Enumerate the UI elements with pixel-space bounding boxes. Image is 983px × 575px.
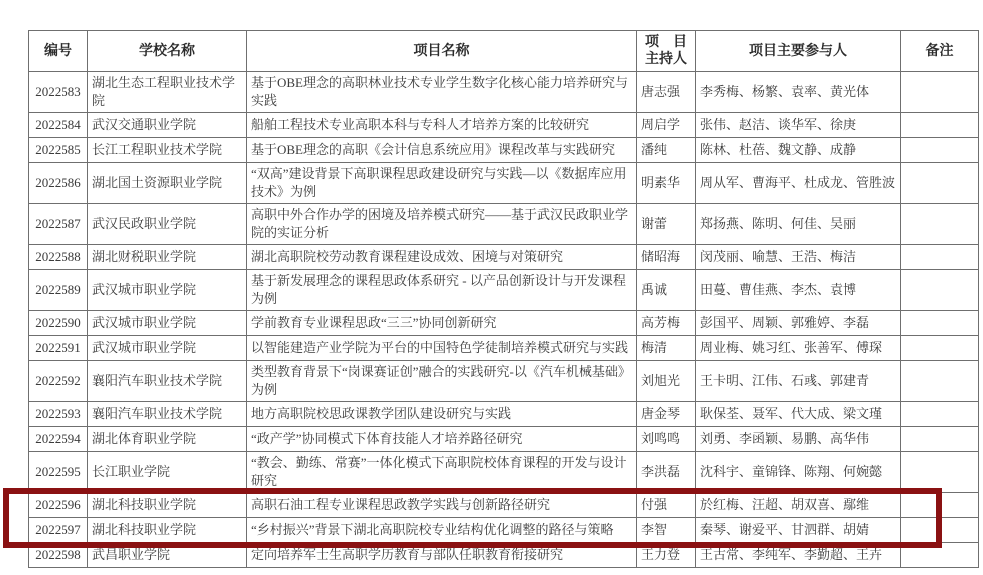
cell-school: 湖北体育职业学院 <box>88 427 247 452</box>
cell-project: “教会、勤练、常赛”一体化模式下高职院校体育课程的开发与设计研究 <box>247 452 637 493</box>
cell-leader: 谢蕾 <box>637 204 696 245</box>
cell-id: 2022589 <box>29 270 88 311</box>
cell-school: 武昌职业学院 <box>88 543 247 568</box>
col-header-leader: 项 目 主持人 <box>637 31 696 72</box>
table-row: 2022596湖北科技职业学院高职石油工程专业课程思政教学实践与创新路径研究付强… <box>29 493 979 518</box>
cell-id: 2022593 <box>29 402 88 427</box>
cell-participants: 闵茂丽、喻慧、王浩、梅洁 <box>696 245 901 270</box>
cell-school: 武汉民政职业学院 <box>88 204 247 245</box>
cell-project: 基于新发展理念的课程思政体系研究 - 以产品创新设计与开发课程为例 <box>247 270 637 311</box>
table-row: 2022593襄阳汽车职业技术学院地方高职院校思政课教学团队建设研究与实践唐金琴… <box>29 402 979 427</box>
cell-project: 高职石油工程专业课程思政教学实践与创新路径研究 <box>247 493 637 518</box>
cell-remark <box>901 336 979 361</box>
cell-leader: 唐志强 <box>637 72 696 113</box>
projects-table: 编号 学校名称 项目名称 项 目 主持人 项目主要参与人 备注 2022583湖… <box>28 30 979 568</box>
cell-project: “政产学”协同模式下体育技能人才培养路径研究 <box>247 427 637 452</box>
cell-participants: 沈科宇、童锦锋、陈翔、何婉懿 <box>696 452 901 493</box>
cell-leader: 李智 <box>637 518 696 543</box>
cell-participants: 郑扬燕、陈明、何佳、吴丽 <box>696 204 901 245</box>
cell-school: 湖北生态工程职业技术学院 <box>88 72 247 113</box>
table-row: 2022586湖北国土资源职业学院“双高”建设背景下高职课程思政建设研究与实践—… <box>29 163 979 204</box>
cell-leader: 李洪磊 <box>637 452 696 493</box>
cell-project: 类型教育背景下“岗课赛证创”融合的实践研究-以《汽车机械基础》为例 <box>247 361 637 402</box>
cell-remark <box>901 245 979 270</box>
cell-school: 襄阳汽车职业技术学院 <box>88 361 247 402</box>
cell-school: 襄阳汽车职业技术学院 <box>88 402 247 427</box>
cell-project: 学前教育专业课程思政“三三”协同创新研究 <box>247 311 637 336</box>
cell-participants: 张伟、赵洁、谈华军、徐庚 <box>696 113 901 138</box>
cell-participants: 於红梅、汪超、胡双喜、鄢维 <box>696 493 901 518</box>
cell-school: 湖北国土资源职业学院 <box>88 163 247 204</box>
table-row: 2022584武汉交通职业学院船舶工程技术专业高职本科与专科人才培养方案的比较研… <box>29 113 979 138</box>
cell-remark <box>901 204 979 245</box>
cell-leader: 唐金琴 <box>637 402 696 427</box>
col-header-remark: 备注 <box>901 31 979 72</box>
cell-school: 长江职业学院 <box>88 452 247 493</box>
cell-leader: 刘旭光 <box>637 361 696 402</box>
cell-leader: 高芳梅 <box>637 311 696 336</box>
cell-school: 武汉交通职业学院 <box>88 113 247 138</box>
cell-leader: 潘纯 <box>637 138 696 163</box>
cell-leader: 储昭海 <box>637 245 696 270</box>
cell-remark <box>901 402 979 427</box>
cell-id: 2022584 <box>29 113 88 138</box>
col-header-school: 学校名称 <box>88 31 247 72</box>
cell-remark <box>901 543 979 568</box>
cell-leader: 刘鸣鸣 <box>637 427 696 452</box>
table-row: 2022592襄阳汽车职业技术学院类型教育背景下“岗课赛证创”融合的实践研究-以… <box>29 361 979 402</box>
cell-remark <box>901 311 979 336</box>
cell-remark <box>901 163 979 204</box>
header-row: 编号 学校名称 项目名称 项 目 主持人 项目主要参与人 备注 <box>29 31 979 72</box>
table-row: 2022597湖北科技职业学院“乡村振兴”背景下湖北高职院校专业结构优化调整的路… <box>29 518 979 543</box>
cell-school: 湖北科技职业学院 <box>88 518 247 543</box>
cell-id: 2022595 <box>29 452 88 493</box>
table-row: 2022589武汉城市职业学院基于新发展理念的课程思政体系研究 - 以产品创新设… <box>29 270 979 311</box>
cell-leader: 梅清 <box>637 336 696 361</box>
cell-id: 2022583 <box>29 72 88 113</box>
col-header-project: 项目名称 <box>247 31 637 72</box>
cell-participants: 王古常、李纯军、李勤超、王卉 <box>696 543 901 568</box>
table-row: 2022585长江工程职业技术学院基于OBE理念的高职《会计信息系统应用》课程改… <box>29 138 979 163</box>
cell-leader: 付强 <box>637 493 696 518</box>
table-row: 2022594湖北体育职业学院“政产学”协同模式下体育技能人才培养路径研究刘鸣鸣… <box>29 427 979 452</box>
cell-project: 基于OBE理念的高职林业技术专业学生数字化核心能力培养研究与实践 <box>247 72 637 113</box>
table-row: 2022595长江职业学院“教会、勤练、常赛”一体化模式下高职院校体育课程的开发… <box>29 452 979 493</box>
cell-participants: 刘勇、李函颖、易鹏、高华伟 <box>696 427 901 452</box>
cell-participants: 耿保荃、聂军、代大成、梁文瑾 <box>696 402 901 427</box>
cell-leader: 王力登 <box>637 543 696 568</box>
cell-participants: 田蔓、曹佳燕、李杰、袁博 <box>696 270 901 311</box>
cell-id: 2022590 <box>29 311 88 336</box>
cell-participants: 周业梅、姚习红、张善军、傅琛 <box>696 336 901 361</box>
cell-project: 船舶工程技术专业高职本科与专科人才培养方案的比较研究 <box>247 113 637 138</box>
cell-school: 武汉城市职业学院 <box>88 311 247 336</box>
cell-participants: 陈林、杜蓓、魏文静、成静 <box>696 138 901 163</box>
cell-participants: 王卡明、江伟、石彧、郭建青 <box>696 361 901 402</box>
cell-project: 地方高职院校思政课教学团队建设研究与实践 <box>247 402 637 427</box>
cell-remark <box>901 270 979 311</box>
cell-id: 2022586 <box>29 163 88 204</box>
cell-remark <box>901 361 979 402</box>
cell-remark <box>901 518 979 543</box>
cell-id: 2022592 <box>29 361 88 402</box>
document-page: 编号 学校名称 项目名称 项 目 主持人 项目主要参与人 备注 2022583湖… <box>0 0 983 575</box>
cell-id: 2022598 <box>29 543 88 568</box>
cell-project: 以智能建造产业学院为平台的中国特色学徒制培养模式研究与实践 <box>247 336 637 361</box>
cell-participants: 彭国平、周颖、郭雅婷、李磊 <box>696 311 901 336</box>
table-row: 2022598武昌职业学院定向培养军士生高职学历教育与部队任职教育衔接研究王力登… <box>29 543 979 568</box>
cell-id: 2022585 <box>29 138 88 163</box>
cell-leader: 周启学 <box>637 113 696 138</box>
cell-project: 定向培养军士生高职学历教育与部队任职教育衔接研究 <box>247 543 637 568</box>
cell-school: 长江工程职业技术学院 <box>88 138 247 163</box>
table-row: 2022583湖北生态工程职业技术学院基于OBE理念的高职林业技术专业学生数字化… <box>29 72 979 113</box>
cell-leader: 明素华 <box>637 163 696 204</box>
col-header-participants: 项目主要参与人 <box>696 31 901 72</box>
cell-project: 湖北高职院校劳动教育课程建设成效、困境与对策研究 <box>247 245 637 270</box>
cell-participants: 秦琴、谢爱平、甘泗群、胡婧 <box>696 518 901 543</box>
cell-project: “双高”建设背景下高职课程思政建设研究与实践—以《数据库应用技术》为例 <box>247 163 637 204</box>
cell-id: 2022594 <box>29 427 88 452</box>
cell-school: 武汉城市职业学院 <box>88 270 247 311</box>
table-row: 2022591武汉城市职业学院以智能建造产业学院为平台的中国特色学徒制培养模式研… <box>29 336 979 361</box>
cell-project: 基于OBE理念的高职《会计信息系统应用》课程改革与实践研究 <box>247 138 637 163</box>
table-row: 2022590武汉城市职业学院学前教育专业课程思政“三三”协同创新研究高芳梅彭国… <box>29 311 979 336</box>
cell-school: 湖北财税职业学院 <box>88 245 247 270</box>
cell-project: 高职中外合作办学的困境及培养模式研究——基于武汉民政职业学院的实证分析 <box>247 204 637 245</box>
cell-remark <box>901 138 979 163</box>
cell-remark <box>901 452 979 493</box>
cell-remark <box>901 493 979 518</box>
cell-id: 2022597 <box>29 518 88 543</box>
cell-project: “乡村振兴”背景下湖北高职院校专业结构优化调整的路径与策略 <box>247 518 637 543</box>
cell-remark <box>901 72 979 113</box>
cell-id: 2022587 <box>29 204 88 245</box>
cell-id: 2022596 <box>29 493 88 518</box>
cell-school: 武汉城市职业学院 <box>88 336 247 361</box>
cell-participants: 李秀梅、杨繁、袁率、黄光体 <box>696 72 901 113</box>
cell-id: 2022591 <box>29 336 88 361</box>
cell-remark <box>901 113 979 138</box>
col-header-id: 编号 <box>29 31 88 72</box>
table-row: 2022587武汉民政职业学院高职中外合作办学的困境及培养模式研究——基于武汉民… <box>29 204 979 245</box>
cell-school: 湖北科技职业学院 <box>88 493 247 518</box>
cell-participants: 周从军、曹海平、杜成龙、管胜波 <box>696 163 901 204</box>
cell-remark <box>901 427 979 452</box>
cell-id: 2022588 <box>29 245 88 270</box>
table-row: 2022588湖北财税职业学院湖北高职院校劳动教育课程建设成效、困境与对策研究储… <box>29 245 979 270</box>
cell-leader: 禹诚 <box>637 270 696 311</box>
